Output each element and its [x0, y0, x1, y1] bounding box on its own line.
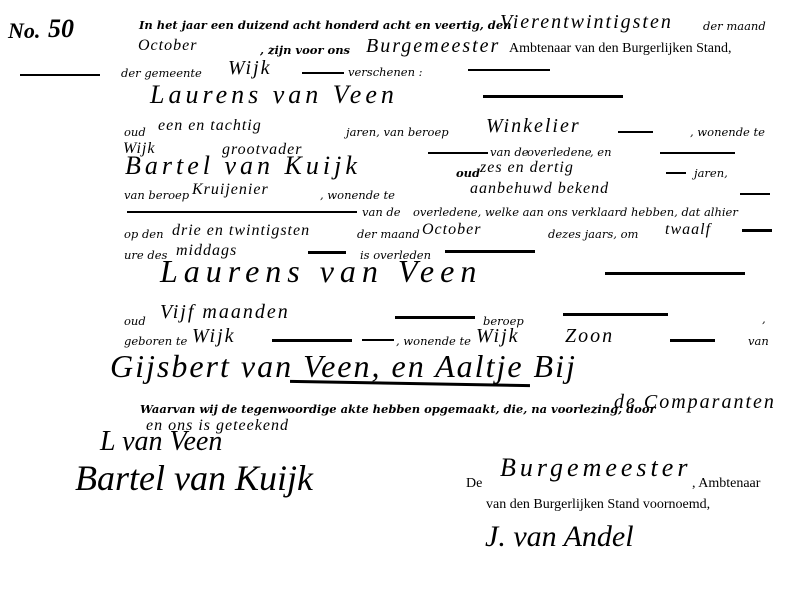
printed-line-8a: van beroep [124, 190, 189, 202]
printed-line-7b: jaren, [694, 168, 728, 180]
printed-line-8b: , wonende te [320, 190, 395, 202]
blank-line [483, 95, 623, 98]
hw-declarant-1-occupation: Winkelier [486, 116, 581, 136]
hw-birthplace: Wijk [192, 326, 236, 346]
blank-line [563, 313, 668, 316]
printed-line-14a: geboren te [124, 336, 187, 348]
hw-declarant-2-name: Bartel van Kuijk [125, 153, 361, 179]
blank-line [670, 339, 715, 342]
hw-closing-title: Burgemeester [500, 455, 691, 481]
hw-parents: Gijsbert van Veen, en Aaltje Bij [110, 350, 577, 382]
printed-line-14b: , wonende te [396, 336, 471, 348]
hw-deceased-age: Vijf maanden [160, 302, 290, 322]
hw-declarant-1-age: een en tachtig [158, 118, 262, 134]
printed-line-1a: In het jaar een duizend acht honderd ach… [139, 20, 512, 32]
blank-line [605, 272, 745, 275]
hw-death-hour: twaalf [665, 222, 711, 238]
printed-line-14c: van [748, 336, 769, 348]
signature-2: Bartel van Kuijk [75, 460, 313, 496]
printed-closing-a: De [466, 477, 482, 491]
blank-line [618, 131, 653, 133]
printed-line-7a: oud [456, 168, 480, 180]
hw-death-day: drie en twintigsten [172, 223, 310, 239]
printed-line-5a: oud [124, 127, 146, 139]
printed-line-5b: jaren, van beroep [346, 127, 449, 139]
divider [20, 74, 100, 76]
hw-day: Vierentwintigsten [500, 12, 673, 32]
blank-line [468, 69, 550, 71]
blank-line [362, 339, 394, 341]
blank-line [395, 316, 475, 319]
hw-relation: Zoon [565, 326, 614, 346]
record-number-label: No. [8, 18, 40, 44]
printed-line-13a: oud [124, 316, 146, 328]
hw-signers: de Comparanten [614, 392, 776, 412]
blank-line [740, 193, 770, 195]
blank-line [660, 152, 735, 154]
blank-line [742, 229, 772, 232]
hw-declarant-2-occupation: Kruijenier [192, 182, 269, 198]
printed-line-9b: overledene, welke aan ons verklaard hebb… [413, 207, 738, 219]
hw-declarant-2-relation: aanbehuwd bekend [470, 181, 609, 197]
signature-official: J. van Andel [485, 522, 634, 552]
printed-line-16a: Waarvan wij de tegenwoordige akte hebben… [140, 404, 656, 416]
printed-closing-b: , Ambtenaar [692, 477, 760, 491]
blank-line [666, 172, 686, 174]
printed-line-10c: dezes jaars, om [548, 229, 638, 241]
hw-declarant-1-name: Laurens van Veen [150, 82, 398, 108]
hw-residence: Wijk [476, 326, 520, 346]
blank-line [272, 339, 352, 342]
printed-line-9a: van de [362, 207, 401, 219]
hw-declarant-2-age: zes en dertig [480, 160, 574, 176]
blank-line [428, 152, 488, 154]
printed-line-6c: , en [590, 147, 612, 159]
printed-line-5c: , wonende te [690, 127, 765, 139]
printed-line-2b: Ambtenaar van den Burgerlijken Stand, [509, 42, 732, 56]
hw-official-title: Burgemeester [366, 36, 500, 56]
hw-deceased-name: Laurens van Veen [160, 255, 482, 287]
hw-month: October [138, 38, 197, 54]
printed-line-1b: der maand [703, 21, 766, 33]
blank-line [127, 211, 357, 213]
printed-line-3b: verschenen : [348, 67, 423, 79]
signature-1: L van Veen [100, 428, 222, 456]
printed-line-10b: der maand [357, 229, 420, 241]
hw-death-month: October [422, 222, 481, 238]
printed-line-2a: , zijn voor ons [260, 45, 350, 57]
printed-line-6b: overledene [527, 147, 592, 159]
printed-line-10a: op den [124, 229, 164, 241]
record-number-value: 50 [48, 14, 74, 44]
printed-line-6a: van de [490, 147, 529, 159]
printed-closing-c: van den Burgerlijken Stand voornoemd, [486, 498, 710, 512]
printed-line-3a: der gemeente [121, 68, 202, 80]
blank-line [302, 72, 344, 74]
printed-line-13c: , [762, 314, 766, 326]
hw-municipality: Wijk [228, 58, 272, 78]
